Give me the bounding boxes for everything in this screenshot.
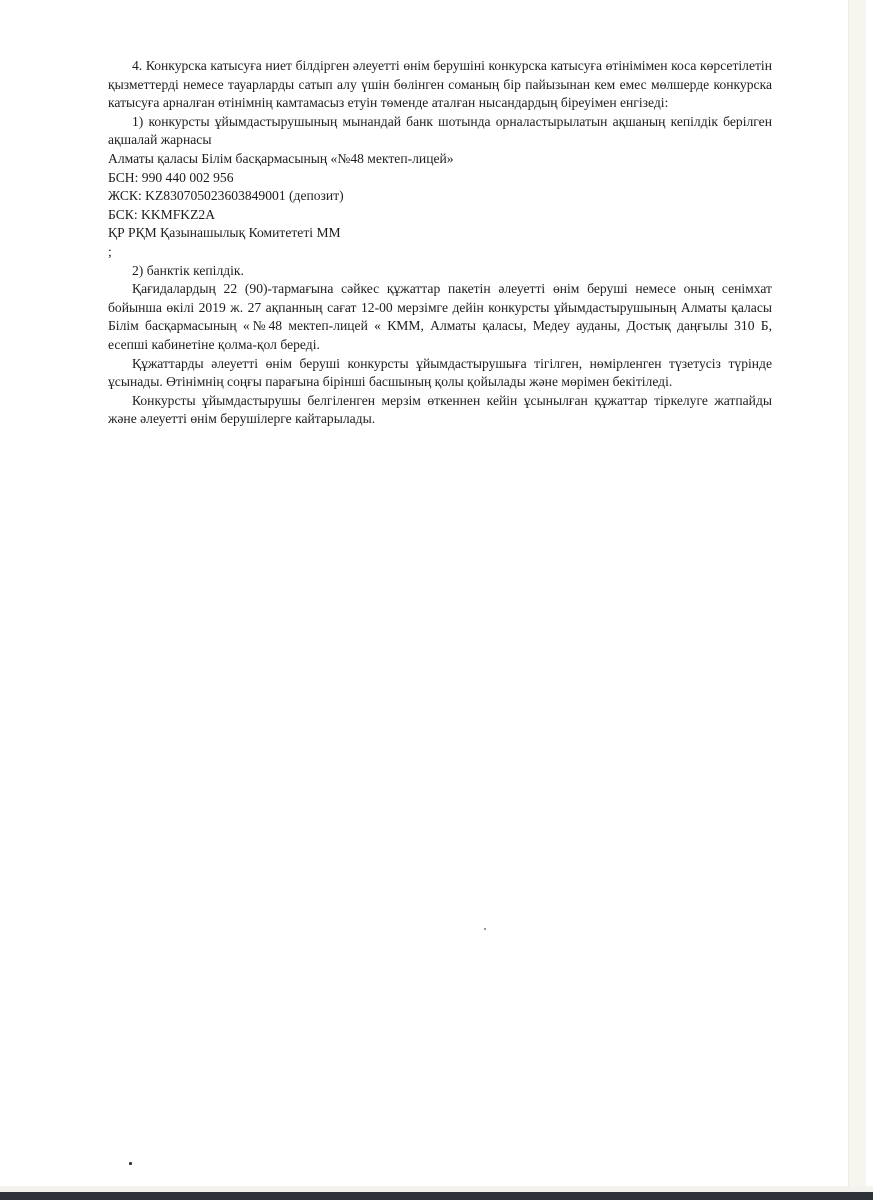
bank-semicolon: ;: [108, 243, 772, 262]
paragraph-guarantee-deposit: 1) конкурсты ұйымдастырушының мынандай б…: [108, 113, 772, 150]
bank-bik: БСК: KKMFKZ2A: [108, 206, 772, 225]
scanned-page: 4. Конкурска катысуға ниет білдірген әле…: [0, 0, 873, 1200]
paragraph-submission: Қағидалардың 22 (90)-тармағына сәйкес құ…: [108, 280, 772, 354]
paragraph-bank-guarantee: 2) банктік кепілдік.: [108, 262, 772, 281]
scan-speck: [129, 1162, 132, 1165]
scan-right-margin: [866, 0, 873, 1192]
bank-details: Алматы қаласы Білім басқармасының «№48 м…: [108, 150, 772, 262]
paragraph-item-4: 4. Конкурска катысуға ниет білдірген әле…: [108, 57, 772, 113]
bank-iik: ЖСК: KZ830705023603849001 (депозит): [108, 187, 772, 206]
scan-speck: [484, 928, 486, 930]
paragraph-document-format: Құжаттарды әлеуетті өнім беруші конкурст…: [108, 355, 772, 392]
bank-treasury: ҚР РҚМ Қазынашылық Комитететі ММ: [108, 224, 772, 243]
paragraph-late-submission: Конкурсты ұйымдастырушы белгіленген мерз…: [108, 392, 772, 429]
scan-bottom-edge: [0, 1192, 873, 1200]
bank-organization: Алматы қаласы Білім басқармасының «№48 м…: [108, 150, 772, 169]
scan-right-edge: [848, 0, 867, 1192]
document-body: 4. Конкурска катысуға ниет білдірген әле…: [108, 57, 772, 429]
bank-bsn: БСН: 990 440 002 956: [108, 169, 772, 188]
